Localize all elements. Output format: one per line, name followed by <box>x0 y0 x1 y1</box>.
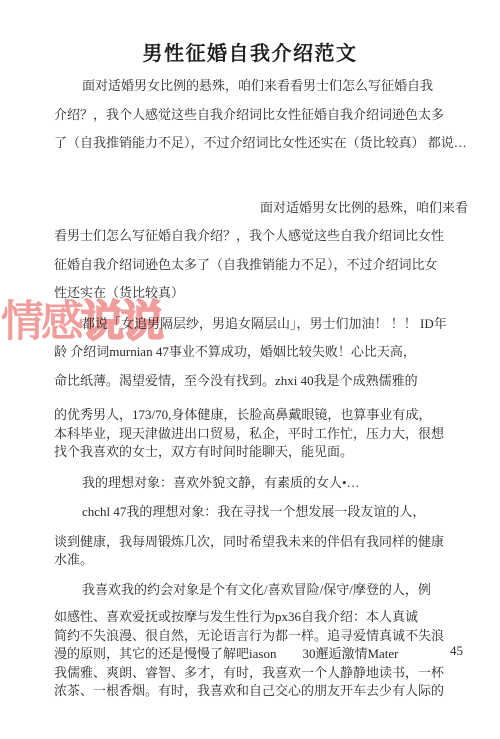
paragraph-encouragement: 都说「女追男隔层纱，男追女隔层山」，男士们加油！ ！！ ID年 龄 介绍词mur… <box>54 310 446 396</box>
paragraph-ideal-partner: 我的理想对象：喜欢外貌文静，有素质的女人•… <box>54 474 446 493</box>
paragraph-intro-repeat: 面对适婚男女比例的悬殊，咱们来看 看男士们怎么写征婚自我介绍？，我个人感觉这些自… <box>54 194 446 308</box>
paragraph-health: 谈到健康，我每周锻炼几次，同时希望我未来的伴侣有我同样的健康 水准。 <box>54 533 446 570</box>
paragraph-self-intro: 如感性、喜欢爱抚或按摩与发生性行为px36自我介绍：本人真诚 简约不失浪漫、很自… <box>54 608 446 701</box>
page-number: 45 <box>450 642 463 661</box>
paragraph-ideal-partner-2: chchl 47我的理想对象：我在寻找一个想发展一段友谊的人， <box>54 503 446 522</box>
document-content: 男性征婚自我介绍范文 面对适婚男女比例的悬殊，咱们来看看男士们怎么写征婚自我 介… <box>54 40 446 701</box>
paragraph-date-preference: 我喜欢我的约会对象是个有文化/喜欢冒险/保守/摩登的人，例 <box>54 581 446 600</box>
document-page: 情感说说 男性征婚自我介绍范文 面对适婚男女比例的悬殊，咱们来看看男士们怎么写征… <box>0 0 500 739</box>
page-title: 男性征婚自我介绍范文 <box>54 40 446 68</box>
paragraph-profile: 的优秀男人，173/70,身体健康，长脸高鼻戴眼镜，也算事业有成， 本科毕业，现… <box>54 406 446 462</box>
paragraph-intro: 面对适婚男女比例的悬殊，咱们来看看男士们怎么写征婚自我 介绍？，我个人感觉这些自… <box>54 72 446 158</box>
